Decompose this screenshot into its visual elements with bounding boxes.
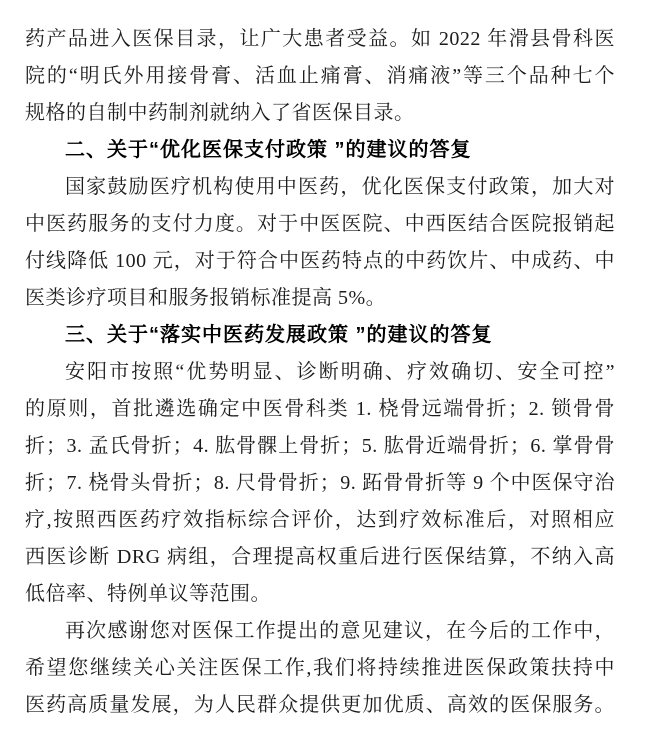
section-heading-2: 二、关于“优化医保支付政策 ”的建议的答复 — [25, 132, 615, 169]
text-line: 折；3. 孟氏骨折；4. 肱骨髁上骨折；5. 肱骨近端骨折；6. 掌骨骨 — [25, 428, 615, 465]
text-line: 低倍率、特例单议等范围。 — [25, 576, 615, 613]
text-line: 再次感谢您对医保工作提出的意见建议，在今后的工作中， — [25, 613, 615, 650]
text-line: 院的“明氏外用接骨膏、活血止痛膏、消痛液”等三个品种七个 — [25, 58, 615, 95]
document-page: 药产品进入医保目录，让广大患者受益。如 2022 年滑县骨科医 院的“明氏外用接… — [0, 0, 645, 742]
document-text-block: 药产品进入医保目录，让广大患者受益。如 2022 年滑县骨科医 院的“明氏外用接… — [0, 0, 645, 742]
section-heading-3: 三、关于“落实中医药发展政策 ”的建议的答复 — [25, 317, 615, 354]
text-line: 希望您继续关心关注医保工作,我们将持续推进医保政策扶持中 — [25, 650, 615, 687]
text-line: 规格的自制中药制剂就纳入了省医保目录。 — [25, 95, 615, 132]
text-line: 西医诊断 DRG 病组，合理提高权重后进行医保结算，不纳入高 — [25, 539, 615, 576]
text-line: 付线降低 100 元，对于符合中医药特点的中药饮片、中成药、中 — [25, 243, 615, 280]
text-line: 中医药服务的支付力度。对于中医医院、中西医结合医院报销起 — [25, 206, 615, 243]
text-line: 药产品进入医保目录，让广大患者受益。如 2022 年滑县骨科医 — [25, 21, 615, 58]
text-line: 国家鼓励医疗机构使用中医药，优化医保支付政策，加大对 — [25, 169, 615, 206]
text-line: 折；7. 桡骨头骨折；8. 尺骨骨折；9. 跖骨骨折等 9 个中医保守治 — [25, 465, 615, 502]
text-line: 医药高质量发展，为人民群众提供更加优质、高效的医保服务。 — [25, 687, 615, 724]
text-line: 医类诊疗项目和服务报销标准提高 5%。 — [25, 280, 615, 317]
text-line: 的原则，首批遴选确定中医骨科类 1. 桡骨远端骨折；2. 锁骨骨 — [25, 391, 615, 428]
text-line: 疗,按照西医药疗效指标综合评价，达到疗效标准后，对照相应 — [25, 502, 615, 539]
text-line: 安阳市按照“优势明显、诊断明确、疗效确切、安全可控” — [25, 354, 615, 391]
